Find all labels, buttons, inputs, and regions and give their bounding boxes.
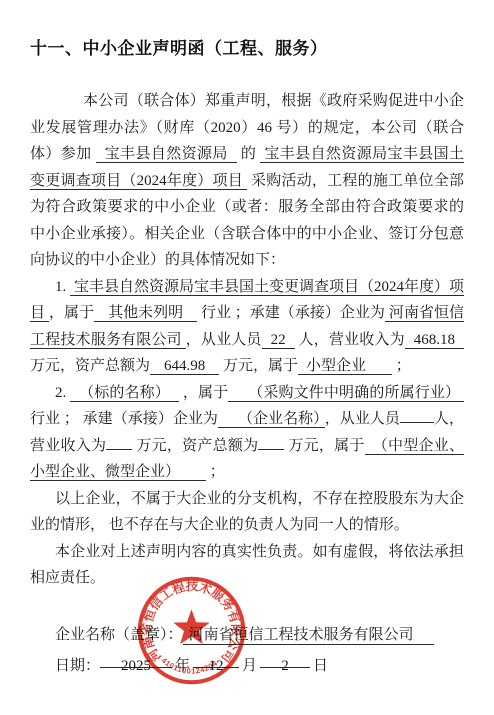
item1-revenue-suffix-text: 万元，资产总额为 <box>30 358 150 374</box>
item2-belongs-text: ，属于 <box>183 385 228 401</box>
item1-staff-count-field: 22 <box>262 332 295 349</box>
date-line: 日期：2025年12月2日 <box>55 651 464 682</box>
item2-industry-suffix-text: 行业 ； 承建（承接）企业为 <box>30 411 218 427</box>
item1-size-field: 小型企业 <box>298 358 392 375</box>
item1-staff-label: ，从业人员 <box>186 332 262 348</box>
company-name-value: 河南省恒信工程技术服务有限公司 <box>183 627 434 645</box>
item2-revenue-suffix-text: 万元，资产总额为 <box>136 438 258 454</box>
item2-subject-field: （标的名称） <box>70 385 179 402</box>
item2-staff-label: ，从业人员 <box>325 411 400 427</box>
item1-end-text: ； <box>396 358 411 374</box>
no-subsidiary-paragraph: 以上企业，不属于大企业的分支机构，不存在控股股东为大企业的情形， 也不存在与大企… <box>30 486 464 539</box>
item1-assets-field: 644.98 <box>150 358 219 375</box>
item-2-paragraph: 2. （标的名称） ，属于（采购文件中明确的所属行业） 行业 ； 承建（承接）企… <box>30 380 464 486</box>
day-unit-text: 日 <box>310 658 331 674</box>
item1-number: 1. <box>55 279 66 295</box>
item1-industry-suffix-text: 行业 ；承建（承接）企业为 <box>201 305 385 321</box>
date-year-field: 2025 <box>100 651 172 668</box>
item2-assets-blank <box>258 433 284 450</box>
item-1-paragraph: 1. 宝丰县自然资源局宝丰县国土变更调查项目（2024年度）项目，属于其他未列明… <box>30 274 464 380</box>
item2-revenue-blank <box>106 433 132 450</box>
date-day-field: 2 <box>260 651 310 668</box>
year-unit-text: 年 <box>172 658 193 674</box>
declaration-paragraph: 本公司（联合体）郑重声明，根据《政府采购促进中小企业发展管理办法》（财库（202… <box>30 88 464 274</box>
date-label: 日期： <box>55 658 100 674</box>
item1-industry-field: 其他未列明 <box>94 305 197 322</box>
item2-company-field: （企业名称） <box>218 411 325 428</box>
item2-assets-suffix-text: 万元，属于 <box>288 438 364 454</box>
date-month-field: 12 <box>193 651 239 668</box>
p1-connector-text: 的 <box>241 146 256 162</box>
document-content: 十一、中小企业声明函（工程、服务） 本公司（联合体）郑重声明，根据《政府采购促进… <box>0 0 494 682</box>
authenticity-paragraph: 本企业对上述声明内容的真实性负责。如有虚假，将依法承担相应责任。 <box>30 539 464 592</box>
item2-staff-count-blank <box>400 406 434 423</box>
item2-end-text: ； <box>210 464 225 480</box>
company-name-line: 企业名称（盖章）：河南省恒信工程技术服务有限公司 <box>55 620 464 651</box>
document-title: 十一、中小企业声明函（工程、服务） <box>30 34 464 59</box>
purchaser-name-field: 宝丰县自然资源局 <box>96 146 237 163</box>
item2-industry-field: （采购文件中明确的所属行业） <box>228 385 464 402</box>
item1-revenue-field: 468.18 <box>405 332 464 349</box>
item1-staff-suffix-text: 人，营业收入为 <box>299 332 405 348</box>
company-name-label: 企业名称（盖章）： <box>55 627 183 643</box>
declaration-document-page: 十一、中小企业声明函（工程、服务） 本公司（联合体）郑重声明，根据《政府采购促进… <box>0 0 494 715</box>
month-unit-text: 月 <box>239 658 260 674</box>
signature-block: 企业名称（盖章）：河南省恒信工程技术服务有限公司 日期：2025年12月2日 <box>55 620 464 682</box>
item1-belongs-text: ，属于 <box>49 305 94 321</box>
item1-assets-suffix-text: 万元，属于 <box>223 358 298 374</box>
item2-number: 2. <box>55 385 66 401</box>
